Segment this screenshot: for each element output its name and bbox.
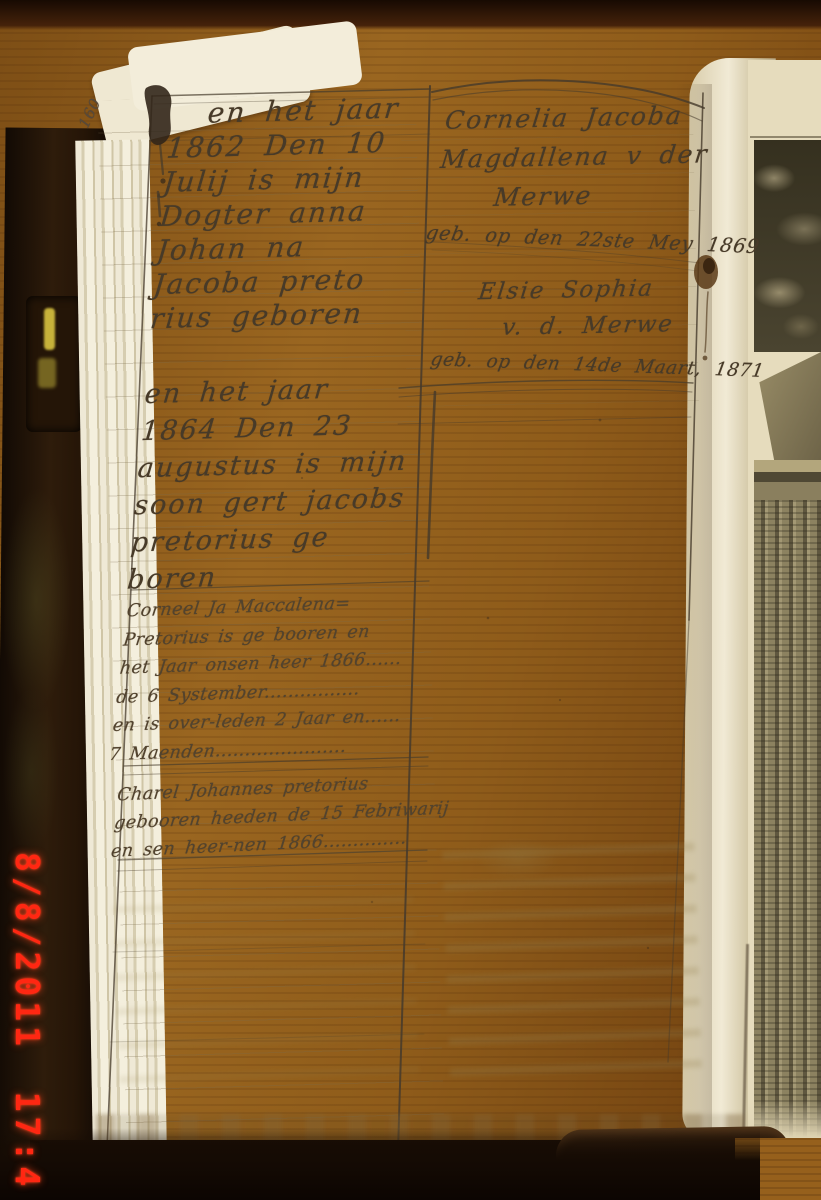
handwritten-line: Merwe	[492, 173, 729, 217]
handwritten-line: Elsie Sophia	[476, 269, 732, 310]
handwritten-line: geb. op den 22ste Mey 1869	[423, 213, 723, 265]
photo-of-register-book: 160 en het jaar 1862 Den 10 Julij is mij…	[0, 0, 821, 1200]
handwritten-line: Magdallena v der	[438, 134, 733, 179]
entry-1866-corneel-block: Corneel Ja Maccalena= Pretorius is ge bo…	[108, 586, 459, 769]
handwritten-line: Cornelia Jacoba	[443, 95, 738, 140]
entry-elsie-block: Elsie Sophia v. d. Merwe geb. op den 14d…	[439, 269, 732, 386]
entry-1864-block: en het jaar 1864 Den 23 augustus is mijn…	[126, 367, 457, 598]
entry-1862-block: en het jaar 1862 Den 10 Julij is mijn Do…	[149, 90, 472, 337]
handwritten-line: v. d. Merwe	[500, 305, 728, 346]
entry-1866-charel-block: Charel Johannes pretorius gebooren heede…	[109, 766, 454, 866]
camera-timestamp: 8/8/2011 17:4	[8, 852, 47, 1191]
table-bottom-shadow	[0, 1128, 760, 1200]
handwritten-line: geb. op den 14de Maart, 1871	[428, 342, 724, 388]
entry-cornelia-block: Cornelia Jacoba Magdallena v der Merwe g…	[428, 95, 737, 262]
